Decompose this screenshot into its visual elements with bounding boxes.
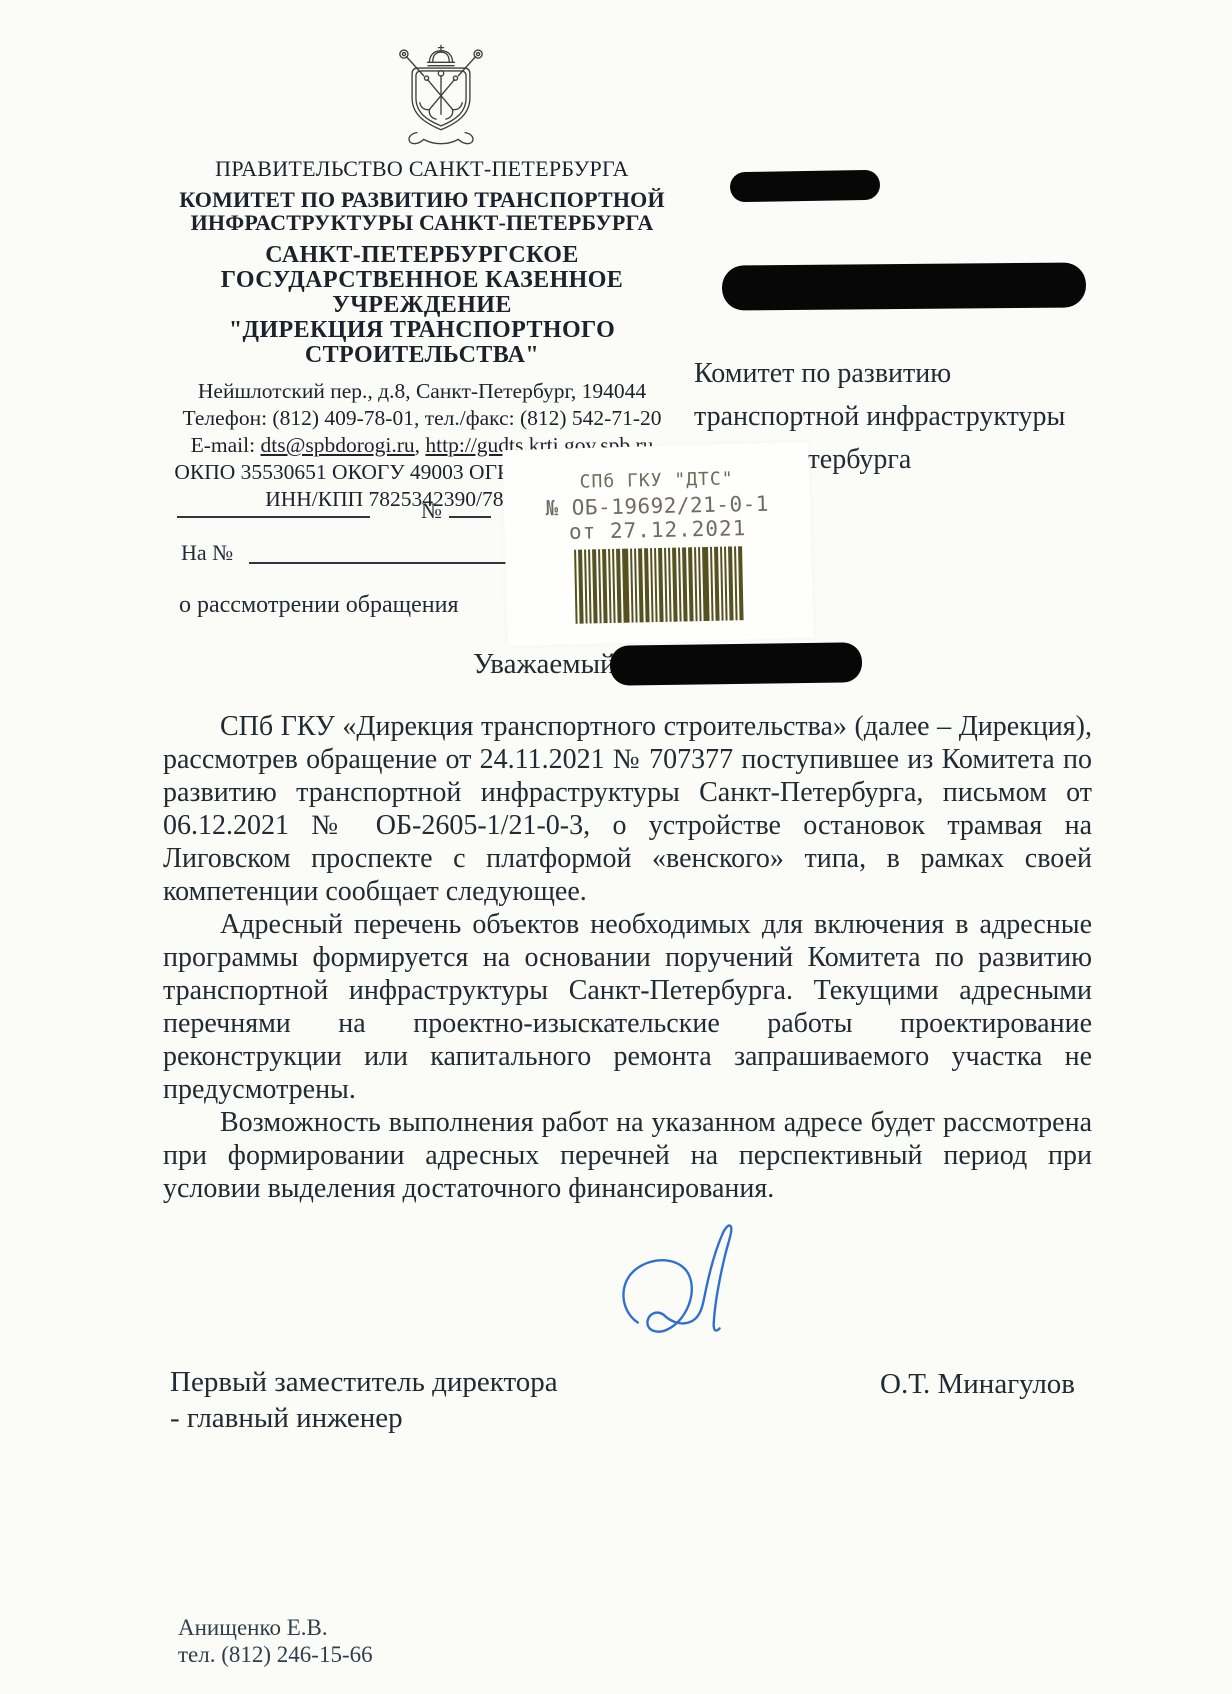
reply-to-label: На № <box>181 540 233 566</box>
executor-block: Анищенко Е.В. тел. (812) 246-15-66 <box>178 1614 373 1668</box>
paragraph-1: СПб ГКУ «Дирекция транспортного строител… <box>163 710 1092 908</box>
subject-line: о рассмотрении обращения <box>179 592 459 619</box>
phone-line: Телефон: (812) 409-78-01, тел./факс: (81… <box>168 405 676 432</box>
organization-name: САНКТ-ПЕТЕРБУРГСКОЕ ГОСУДАРСТВЕННОЕ КАЗЕ… <box>168 243 676 368</box>
committee-name: КОМИТЕТ ПО РАЗВИТИЮ ТРАНСПОРТНОЙ ИНФРАСТ… <box>168 188 676 234</box>
document-barcode <box>574 546 744 624</box>
executor-phone: тел. (812) 246-15-66 <box>178 1641 373 1668</box>
separator: , <box>415 433 426 457</box>
stamp-date: от 27.12.2021 <box>537 515 777 544</box>
redaction-bar-small <box>730 170 881 203</box>
redaction-bar-name <box>610 642 863 686</box>
handwritten-signature-icon <box>608 1220 776 1363</box>
registration-stamp: СПб ГКУ "ДТС" № ОБ-19692/21-0-1 от 27.12… <box>536 468 779 625</box>
signer-name: О.Т. Минагулов <box>880 1368 1075 1401</box>
email-link: dts@spbdorogi.ru <box>260 433 414 457</box>
stamp-org-name: СПб ГКУ "ДТС" <box>536 468 776 494</box>
greeting-salutation: Уважаемый <box>473 648 616 681</box>
reply-number-blank <box>249 562 507 564</box>
redaction-bar-large <box>722 262 1086 310</box>
letter-body: СПб ГКУ «Дирекция транспортного строител… <box>163 710 1092 1205</box>
paragraph-2: Адресный перечень объектов необходимых д… <box>163 908 1092 1106</box>
executor-name: Анищенко Е.В. <box>178 1614 373 1641</box>
spb-coat-of-arms-icon <box>388 40 494 157</box>
postal-address: Нейшлотский пер., д.8, Санкт-Петербург, … <box>168 378 676 405</box>
outgoing-date-blank <box>449 516 491 518</box>
letter-page: ПРАВИТЕЛЬСТВО САНКТ-ПЕТЕРБУРГА КОМИТЕТ П… <box>0 0 1232 1694</box>
outgoing-number-blank <box>177 516 370 518</box>
number-label: № <box>421 498 442 524</box>
signer-position: Первый заместитель директора - главный и… <box>170 1364 558 1436</box>
paragraph-3: Возможность выполнения работ на указанно… <box>163 1106 1092 1205</box>
email-label: E-mail: <box>191 433 261 457</box>
government-line: ПРАВИТЕЛЬСТВО САНКТ-ПЕТЕРБУРГА <box>168 156 676 182</box>
